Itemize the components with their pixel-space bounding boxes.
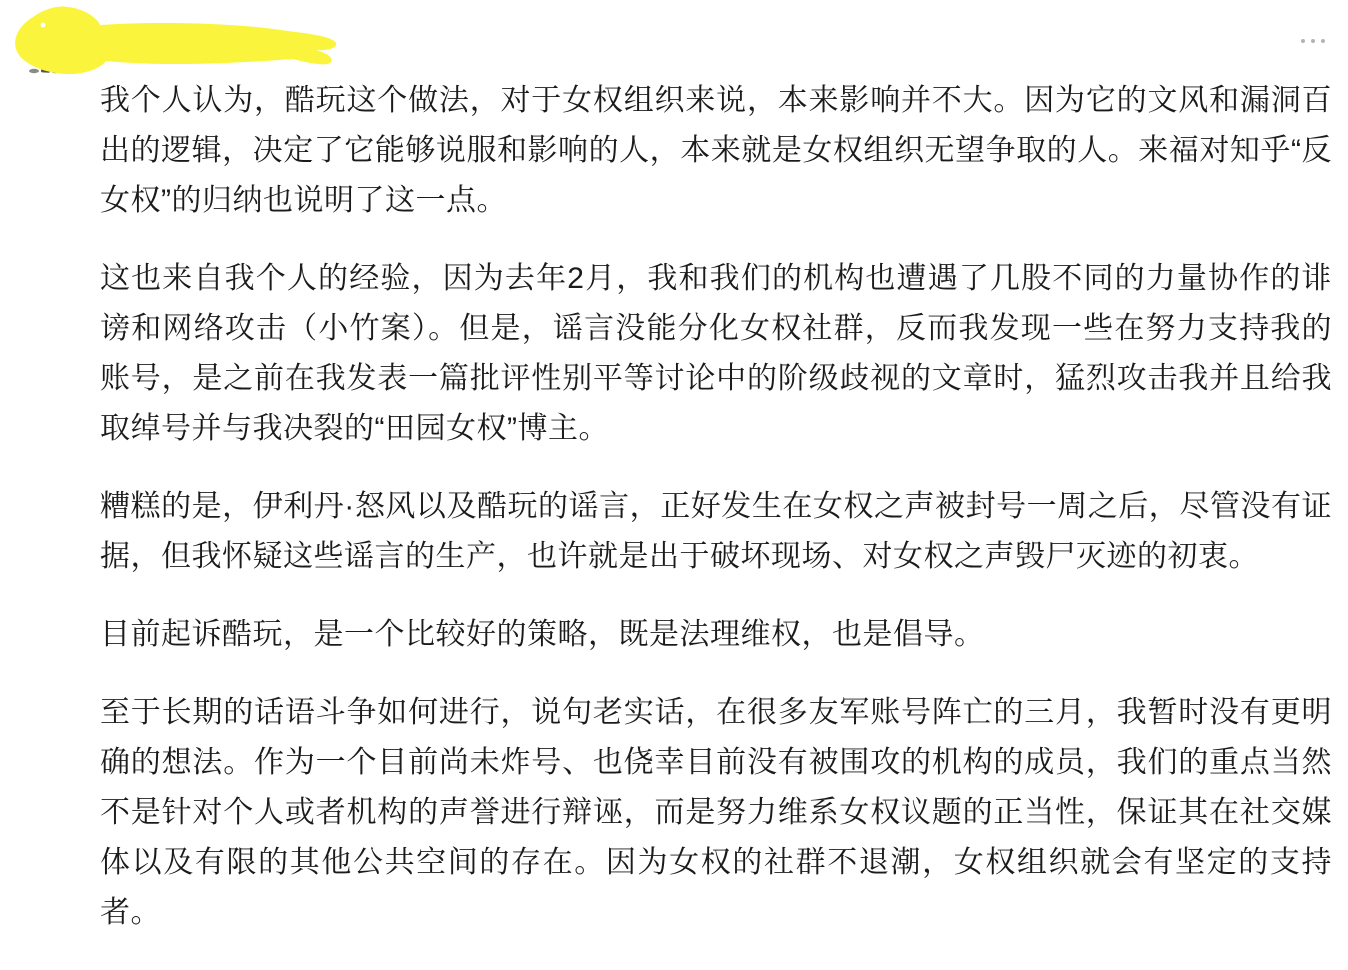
- highlighter-blob: [15, 7, 336, 75]
- ellipsis-icon: [1301, 39, 1305, 43]
- article-body: 我个人认为，酷玩这个做法，对于女权组织来说，本来影响并不大。因为它的文风和漏洞百…: [0, 76, 1348, 966]
- page-header: [0, 0, 1348, 80]
- article-paragraph: 至于长期的话语斗争如何进行，说句老实话，在很多友军账号阵亡的三月，我暂时没有更明…: [100, 688, 1332, 938]
- article-paragraph: 目前起诉酷玩，是一个比较好的策略，既是法理维权，也是倡导。: [100, 610, 1332, 660]
- highlighter-gap-speck: [41, 23, 46, 28]
- ellipsis-icon: [1311, 39, 1315, 43]
- covered-text-remnant: [29, 69, 39, 73]
- ellipsis-icon: [1321, 39, 1325, 43]
- article-paragraph: 糟糕的是，伊利丹·怒风以及酷玩的谣言，正好发生在女权之声被封号一周之后，尽管没有…: [100, 482, 1332, 582]
- highlight-redaction-scribble: [8, 5, 340, 77]
- more-options-button[interactable]: [1291, 32, 1335, 50]
- article-paragraph: 这也来自我个人的经验，因为去年2月，我和我们的机构也遭遇了几股不同的力量协作的诽…: [100, 254, 1332, 454]
- article-paragraph: 我个人认为，酷玩这个做法，对于女权组织来说，本来影响并不大。因为它的文风和漏洞百…: [100, 76, 1332, 226]
